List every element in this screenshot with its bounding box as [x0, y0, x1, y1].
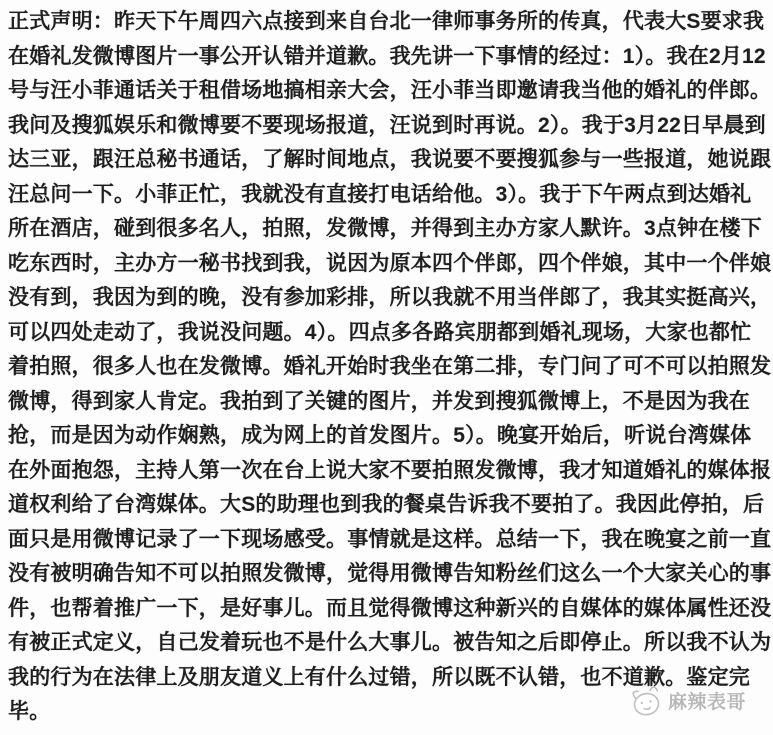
cartoon-face-icon — [626, 681, 667, 721]
statement-page: { "document": { "type": "weibo-statement… — [0, 0, 773, 735]
watermark-label: 麻辣表哥 — [668, 693, 746, 718]
statement-text: 正式声明：昨天下午周四六点接到来自台北一律师事务所的传真，代表大S要求我 在婚礼… — [8, 5, 769, 730]
watermark: 麻辣表哥 — [629, 684, 746, 718]
